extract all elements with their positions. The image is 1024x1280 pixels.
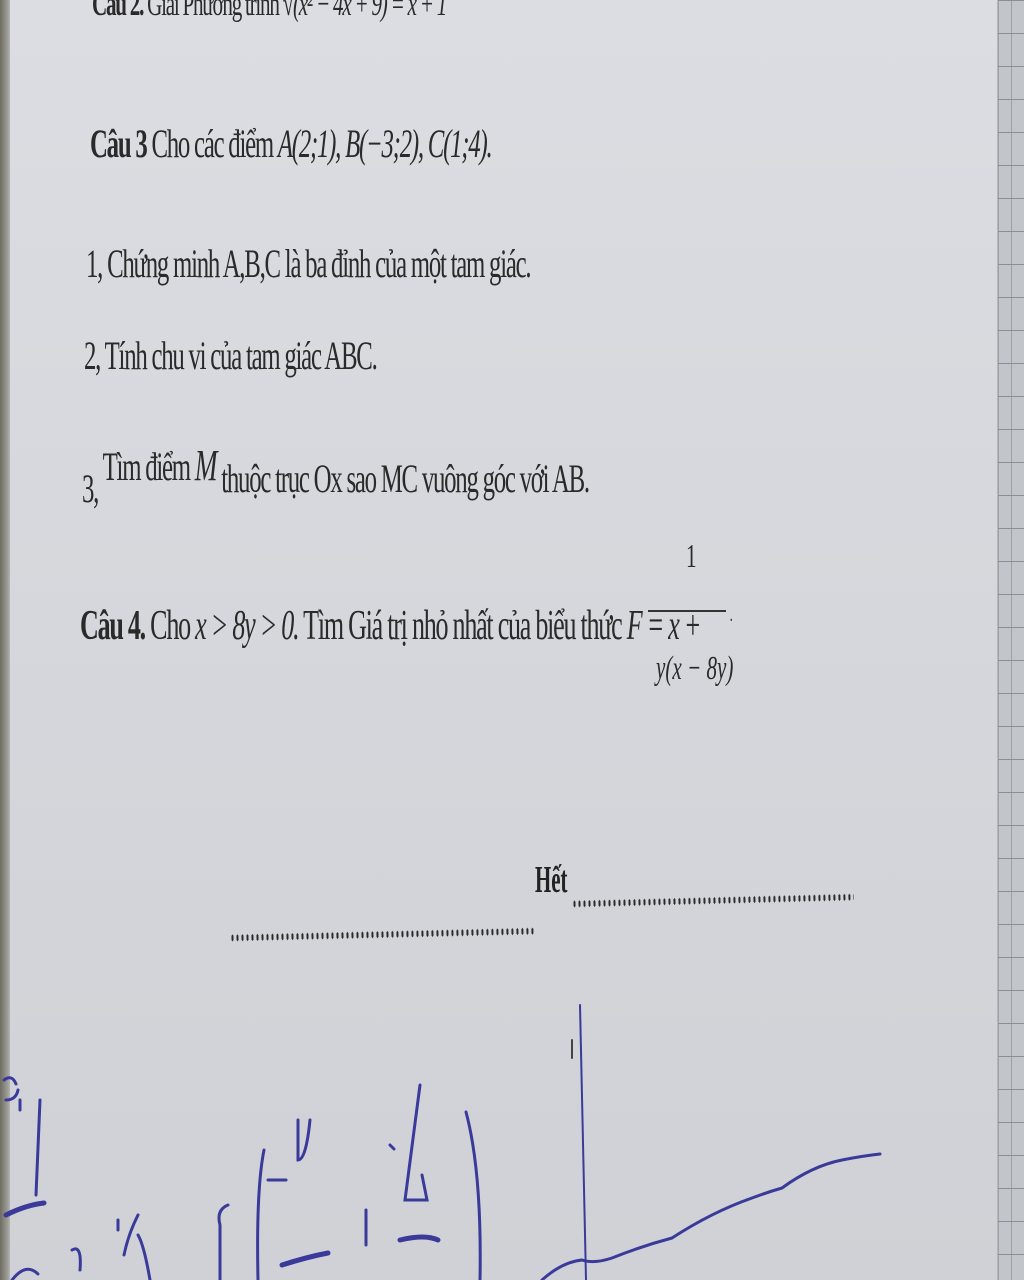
minus-sign-2 [390,1145,394,1149]
margin-note-underline [6,1203,44,1215]
handwriting-layer [0,0,1024,1280]
fraction-line-1 [282,1253,328,1265]
graph-vertical-axis [580,1005,586,1280]
fraction-line-2 [400,1237,438,1240]
margin-note-glyphs [4,1078,20,1110]
delta-glyph [405,1085,427,1200]
close-paren [466,1112,480,1280]
open-paren [258,1150,264,1280]
margin-note-stroke [36,1100,40,1195]
handwriting-fragments [12,1215,150,1280]
letter-b [298,1120,310,1160]
letter-i [219,1205,228,1280]
graph-curve [542,1154,880,1280]
